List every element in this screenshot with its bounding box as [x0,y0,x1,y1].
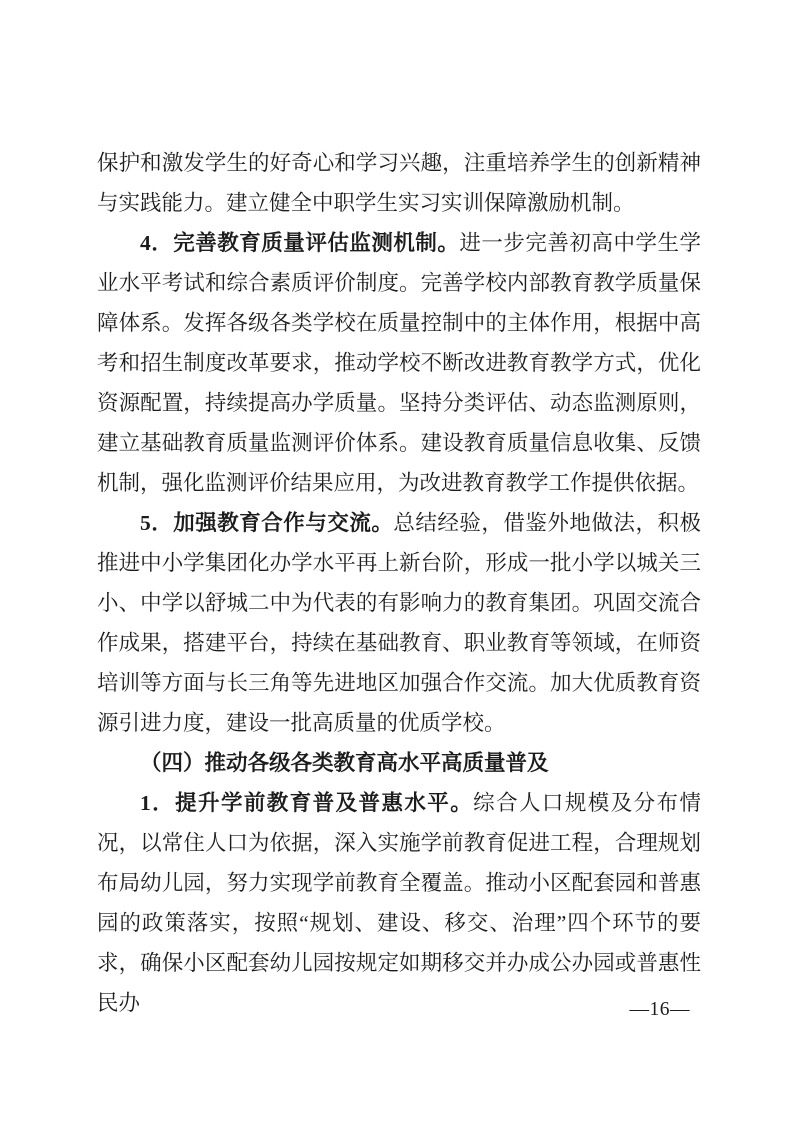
document-page: 保护和激发学生的好奇心和学习兴趣，注重培养学生的创新精神与实践能力。建立健全中职… [0,0,793,1122]
section-heading-text: （四）推动各级各类教育高水平高质量普及 [140,751,549,775]
paragraph-body-text: 进一步完善初高中学生学业水平考试和综合素质评价制度。完善学校内部教育教学质量保障… [97,231,701,495]
paragraph-item-4: 4．完善教育质量评估监测机制。进一步完善初高中学生学业水平考试和综合素质评价制度… [97,223,701,503]
paragraph-body-text: 保护和激发学生的好奇心和学习兴趣，注重培养学生的创新精神与实践能力。建立健全中职… [97,151,701,215]
paragraph-item-1: 1．提升学前教育普及普惠水平。综合人口规模及分布情况，以常住人口为依据，深入实施… [97,783,701,1023]
paragraph-lead-bold: 5．加强教育合作与交流。 [140,511,393,535]
section-heading: （四）推动各级各类教育高水平高质量普及 [97,743,701,783]
document-body: 保护和激发学生的好奇心和学习兴趣，注重培养学生的创新精神与实践能力。建立健全中职… [97,143,701,1023]
page-number: —16— [630,995,691,1025]
paragraph-body-text: 总结经验，借鉴外地做法，积极推进中小学集团化办学水平再上新台阶，形成一批小学以城… [97,511,701,735]
paragraph-body-text: 综合人口规模及分布情况，以常住人口为依据，深入实施学前教育促进工程，合理规划布局… [97,791,701,1015]
paragraph-lead-bold: 1．提升学前教育普及普惠水平。 [140,791,473,815]
paragraph-lead-bold: 4．完善教育质量评估监测机制。 [140,231,459,255]
paragraph-continuation: 保护和激发学生的好奇心和学习兴趣，注重培养学生的创新精神与实践能力。建立健全中职… [97,143,701,223]
paragraph-item-5: 5．加强教育合作与交流。总结经验，借鉴外地做法，积极推进中小学集团化办学水平再上… [97,503,701,743]
